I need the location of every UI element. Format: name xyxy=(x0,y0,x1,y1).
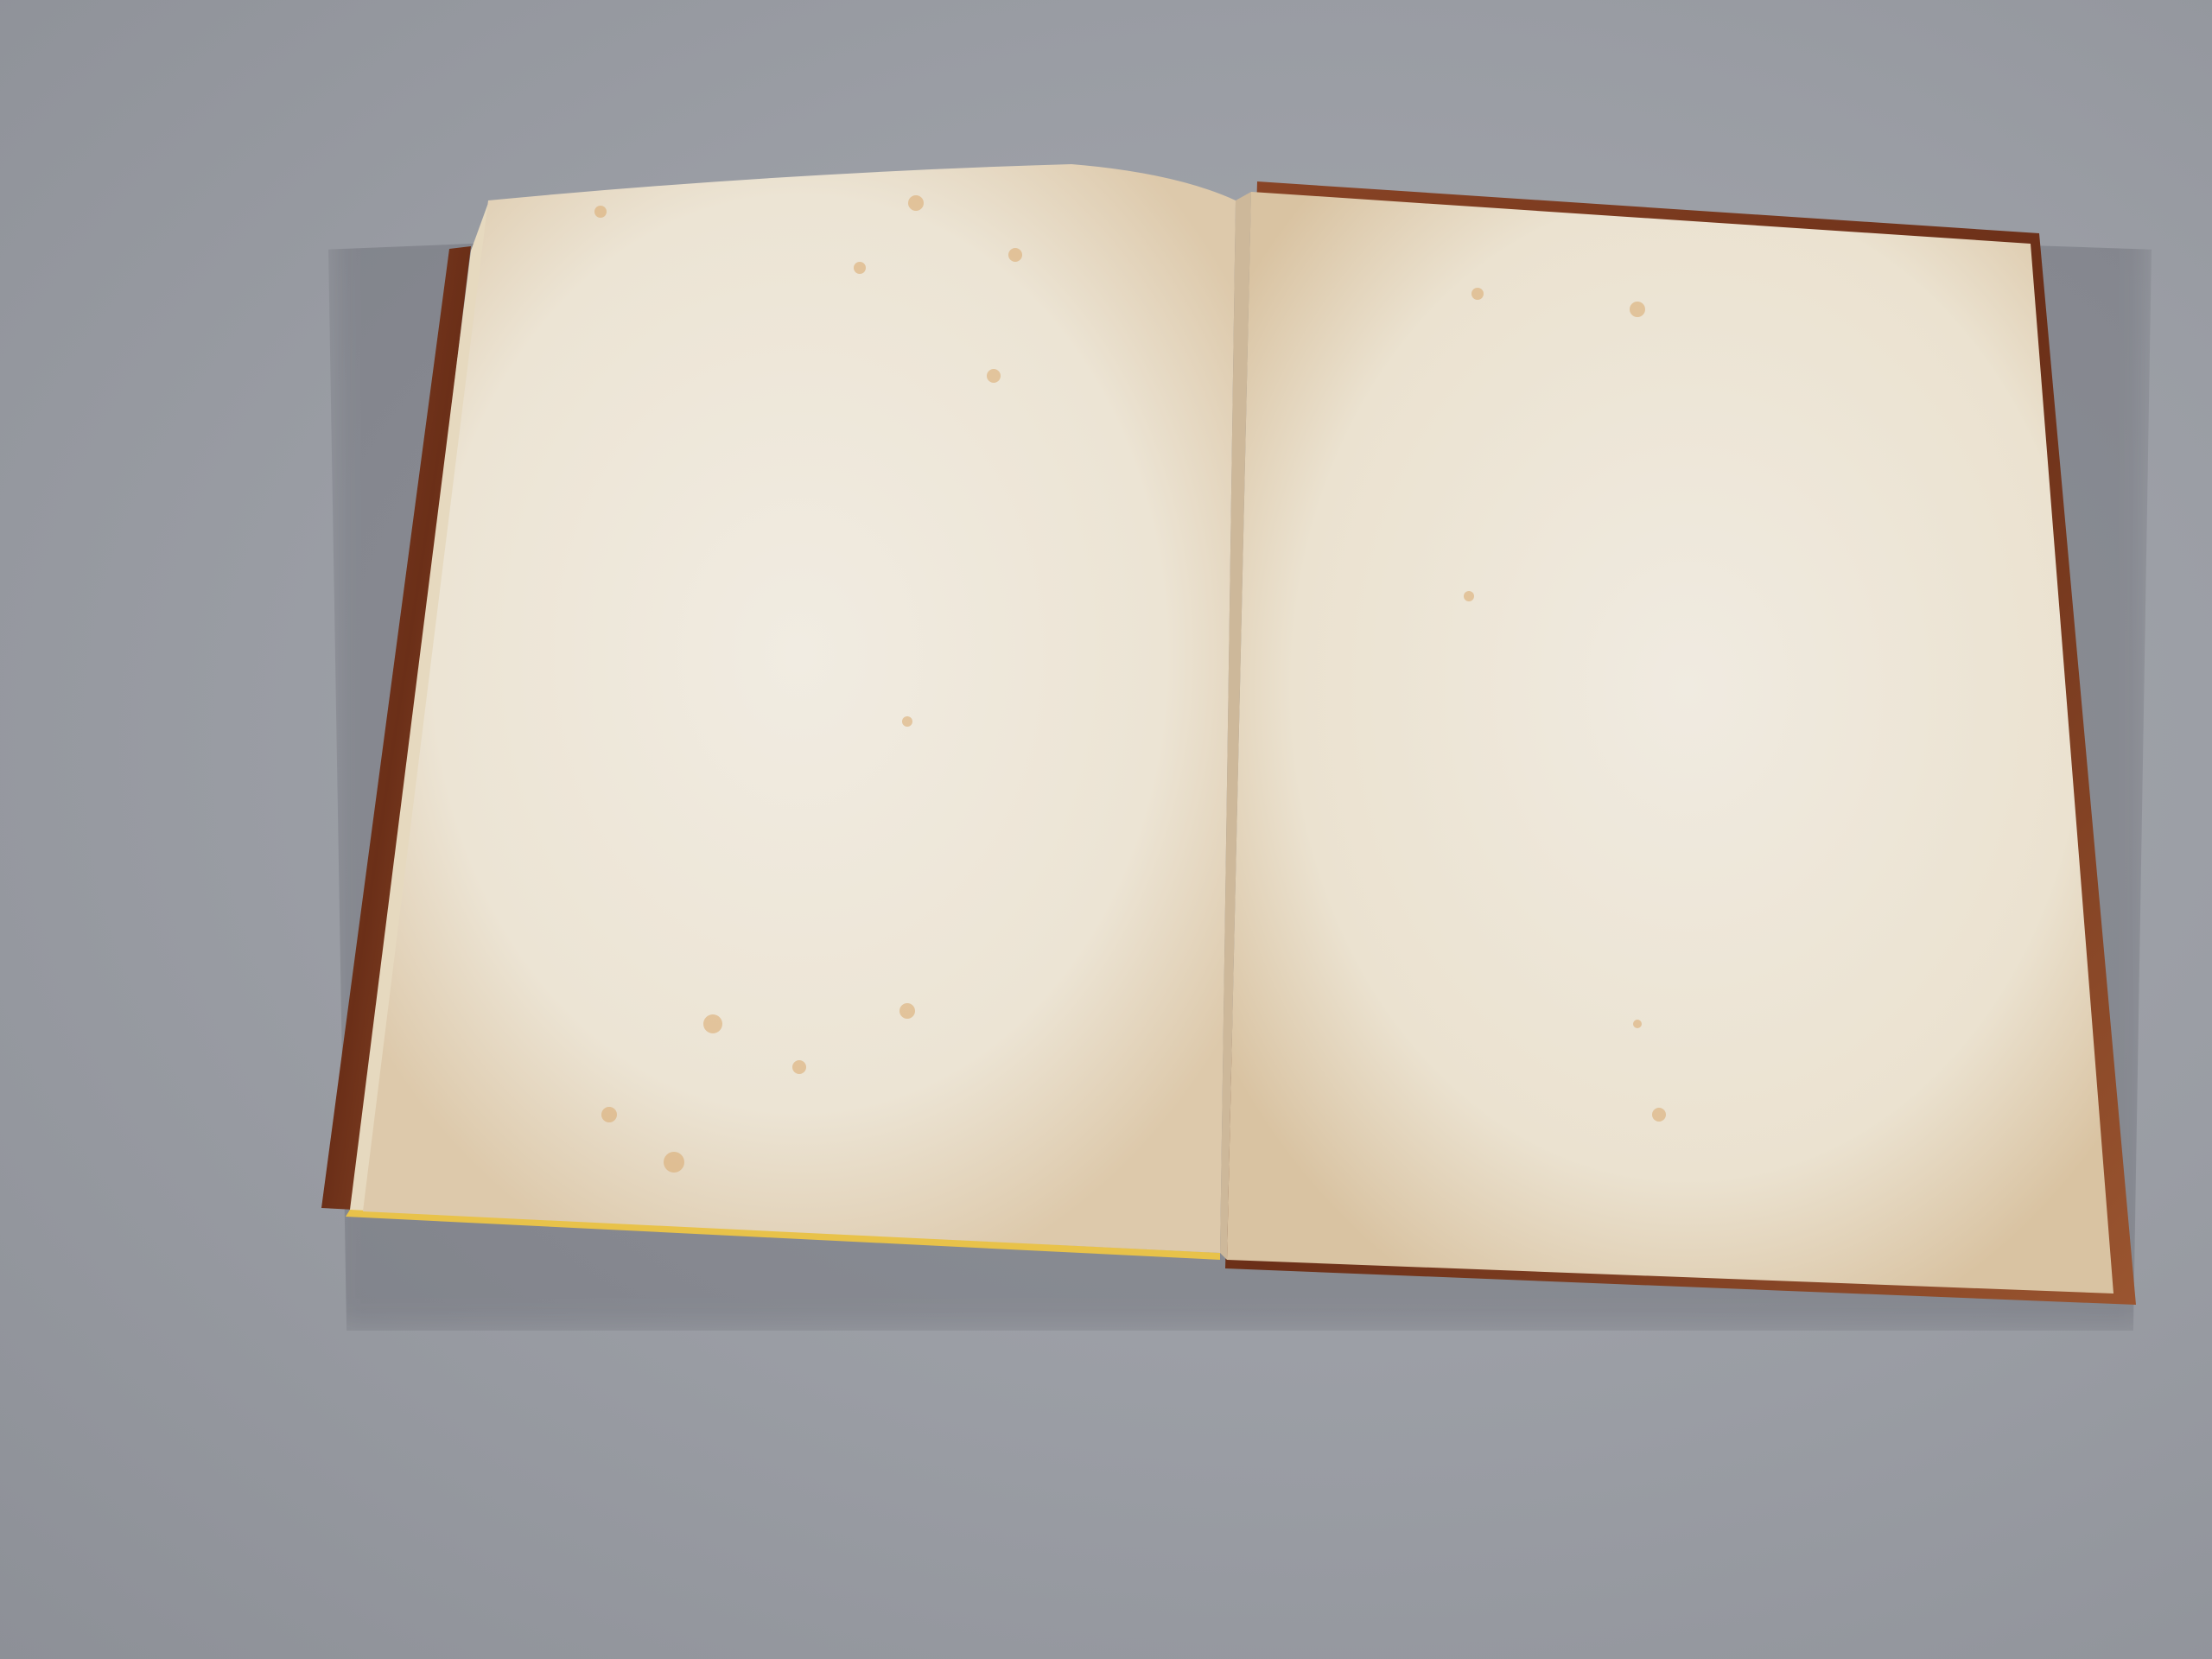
photo-scene: Open antique book with blank foxed pages… xyxy=(0,0,2212,1659)
left-page xyxy=(363,164,1236,1253)
open-book xyxy=(0,0,2212,1659)
right-page xyxy=(1227,192,2113,1294)
scene-description: Open antique book with blank foxed pages… xyxy=(17,1641,46,1642)
